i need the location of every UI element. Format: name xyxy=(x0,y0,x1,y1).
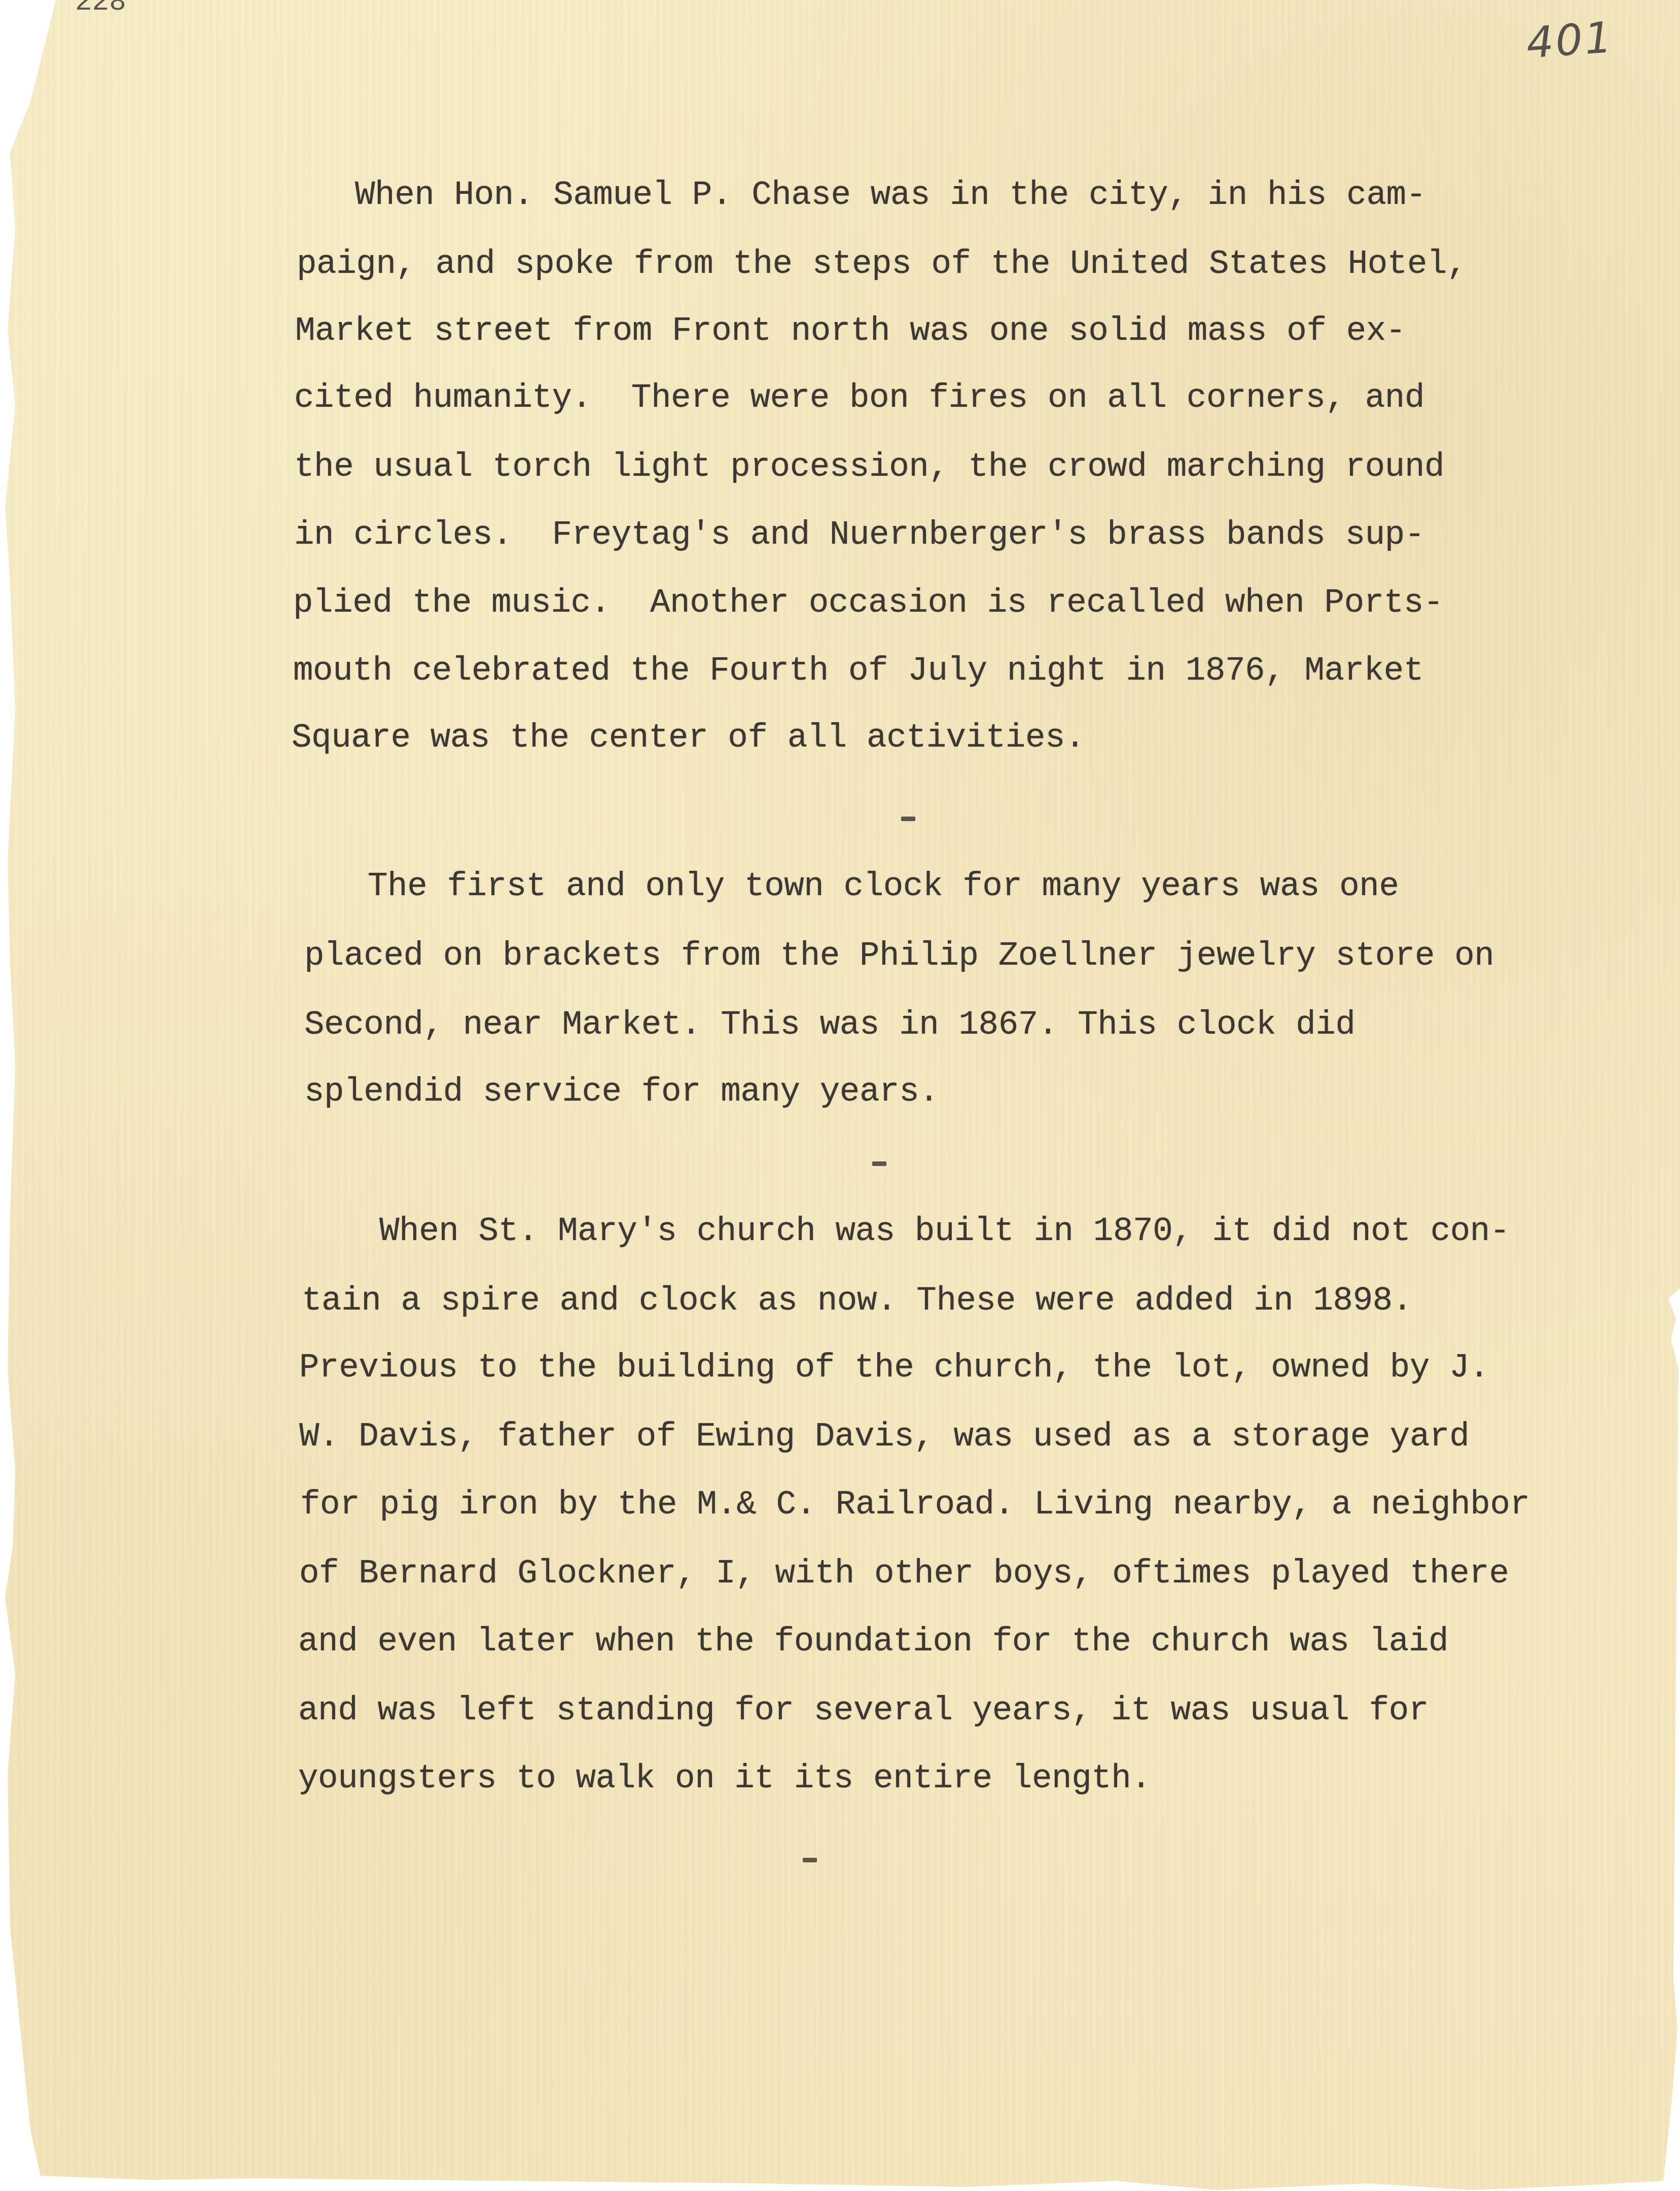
paragraph-line: When Hon. Samuel P. Chase was in the cit… xyxy=(355,179,1426,212)
paragraph-line: When St. Mary's church was built in 1870… xyxy=(379,1215,1510,1248)
section-separator-dash xyxy=(901,817,915,821)
paragraph-line: and was left standing for several years,… xyxy=(298,1694,1428,1727)
paragraph-line: Square was the center of all activities. xyxy=(292,721,1085,755)
typed-corner-number: 228 xyxy=(75,0,126,18)
paragraph-line: The first and only town clock for many y… xyxy=(368,870,1399,903)
scanned-document: 228 401 When Hon. Samuel P. Chase was in… xyxy=(0,0,1680,2191)
paragraph-line: plied the music. Another occasion is rec… xyxy=(293,586,1443,620)
section-separator-dash xyxy=(872,1161,886,1166)
paragraph-line: of Bernard Glockner, I, with other boys,… xyxy=(299,1557,1509,1591)
paragraph-line: and even later when the foundation for t… xyxy=(298,1625,1448,1658)
section-separator-dash xyxy=(803,1858,817,1862)
paragraph-line: cited humanity. There were bon fires on … xyxy=(294,381,1424,415)
paragraph-line: Second, near Market. This was in 1867. T… xyxy=(304,1008,1355,1042)
paragraph-line: splendid service for many years. xyxy=(304,1075,939,1109)
paragraph-line: paign, and spoke from the steps of the U… xyxy=(297,248,1467,281)
paragraph-line: W. Davis, father of Ewing Davis, was use… xyxy=(299,1420,1469,1454)
paragraph-line: the usual torch light procession, the cr… xyxy=(294,450,1444,484)
paragraph-line: tain a spire and clock as now. These wer… xyxy=(302,1284,1412,1318)
paragraph-line: Market street from Front north was one s… xyxy=(295,314,1406,348)
paragraph-line: mouth celebrated the Fourth of July nigh… xyxy=(293,654,1423,688)
paragraph-line: placed on brackets from the Philip Zoell… xyxy=(304,939,1494,973)
paragraph-line: for pig iron by the M.& C. Railroad. Liv… xyxy=(300,1488,1530,1522)
paragraph-line: Previous to the building of the church, … xyxy=(299,1351,1489,1385)
paragraph-line: youngsters to walk on it its entire leng… xyxy=(298,1762,1151,1795)
paragraph-line: in circles. Freytag's and Nuernberger's … xyxy=(294,518,1424,552)
handwritten-page-number: 401 xyxy=(1525,12,1616,68)
